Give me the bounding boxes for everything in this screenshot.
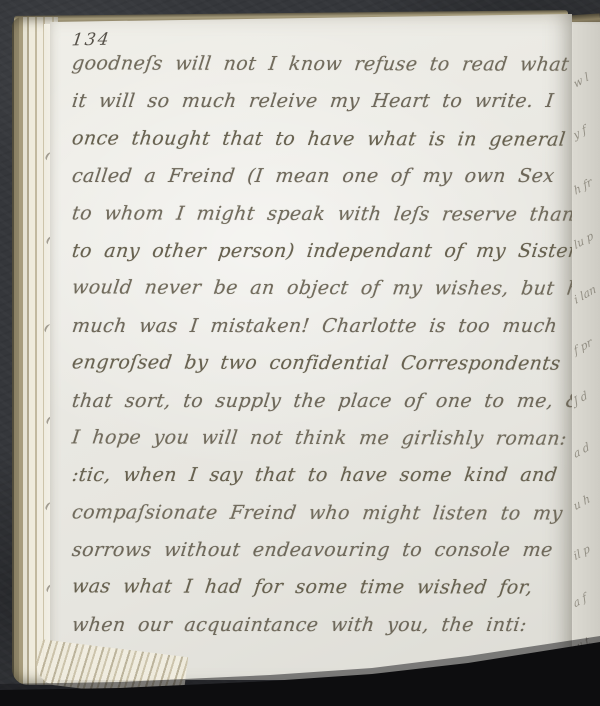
manuscript-line: that sort, to supply the place of one to… xyxy=(70,383,569,420)
manuscript-line: once thought that to have what is in gen… xyxy=(70,120,569,159)
manuscript-line: engroſsed by two confidential Correspond… xyxy=(70,344,569,383)
photo-backdrop: w l y f h fr lu p i lan f pr J d a d u h… xyxy=(0,0,600,706)
illegible-text-fragment: a f xyxy=(572,591,588,611)
manuscript-line: sorrows without endeavouring to console … xyxy=(70,532,569,569)
manuscript-page: 134 goodneſs will not I know refuse to r… xyxy=(50,12,572,680)
manuscript-line: I hope you will not think me girlishly r… xyxy=(70,419,569,458)
manuscript-line: it will so much releive my Heart to writ… xyxy=(70,83,569,120)
manuscript-line: goodneſs will not I know refuse to read … xyxy=(70,45,569,84)
illegible-text-fragment: il p xyxy=(572,542,591,563)
manuscript-line: to whom I might speak with leſs reserve … xyxy=(70,195,569,234)
manuscript-line: would never be an object of my wishes, b… xyxy=(70,270,569,309)
illegible-text-fragment: u h xyxy=(572,492,591,513)
illegible-text-fragment: i lan xyxy=(573,282,598,307)
manuscript-line: when our acquaintance with you, the inti… xyxy=(70,607,569,644)
illegible-text-fragment: lu p xyxy=(572,229,594,252)
illegible-text-fragment: w l xyxy=(572,70,590,91)
manuscript-line: much was I mistaken! Charlotte is too mu… xyxy=(70,308,569,345)
illegible-text-fragment: J d xyxy=(572,388,589,408)
manuscript-line: compaſsionate Freind who might listen to… xyxy=(70,494,569,533)
manuscript-text: goodneſs will not I know refuse to read … xyxy=(72,46,566,644)
illegible-text-fragment: a d xyxy=(572,440,591,461)
manuscript-line: to any other person) independant of my S… xyxy=(70,233,569,270)
manuscript-line: called a Freind (I mean one of my own Se… xyxy=(70,158,569,195)
illegible-text-fragment: h fr xyxy=(572,175,593,198)
illegible-text-fragment: f pr xyxy=(572,335,593,358)
illegible-text-fragment: y f xyxy=(572,123,588,143)
manuscript-line: was what I had for some time wished for, xyxy=(70,569,569,608)
manuscript-line: :tic, when I say that to have some kind … xyxy=(70,457,569,494)
